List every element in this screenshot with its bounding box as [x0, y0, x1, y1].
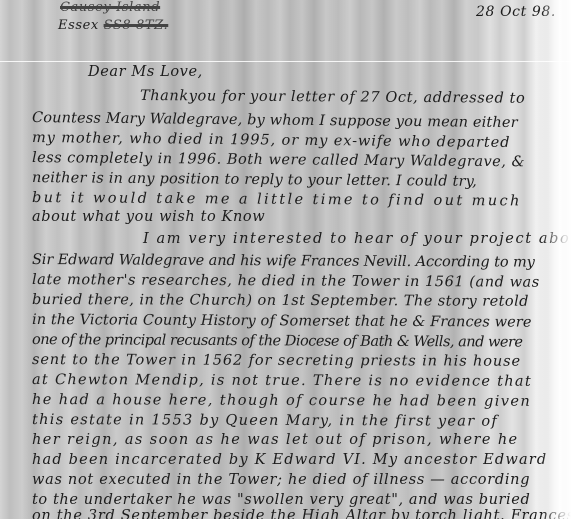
body-line: Sir Edward Waldegrave and his wife Franc…	[32, 252, 535, 271]
body-line: about what you wish to Know	[32, 209, 265, 225]
struck-address: Causey Island	[60, 0, 160, 15]
body-line: less completely in 1996. Both were calle…	[32, 150, 525, 170]
body-line: her reign, as soon as he was let out of …	[32, 432, 519, 448]
body-line: Countess Mary Waldegrave, by whom I supp…	[32, 110, 518, 131]
body-line: my mother, who died in 1995, or my ex-wi…	[32, 130, 511, 151]
body-line: he had a house here, though of course he…	[32, 392, 531, 410]
body-line: but it would take me a little time to fi…	[32, 190, 522, 209]
body-line: had been incarcerated by K Edward VI. My…	[32, 452, 547, 468]
body-line: on the 3rd September beside the High Alt…	[32, 508, 571, 519]
address-county: Essex	[58, 18, 99, 33]
paper-fold-line	[0, 61, 571, 62]
struck-postcode: SS8 8TZ.	[104, 18, 169, 33]
body-line: was not executed in the Tower; he died o…	[32, 472, 530, 488]
salutation: Dear Ms Love,	[88, 64, 203, 80]
body-line: this estate in 1553 by Queen Mary, in th…	[32, 412, 498, 430]
body-line: at Chewton Mendip, is not true. There is…	[32, 372, 532, 390]
body-line: sent to the Tower in 1562 for secreting …	[32, 352, 521, 370]
body-line: in the Victoria County History of Somers…	[32, 312, 532, 331]
scanned-letter-page: Causey Island Essex SS8 8TZ. 28 Oct 98. …	[0, 0, 571, 519]
body-line: I am very interested to hear of your pro…	[143, 231, 571, 247]
address-line-2: Essex SS8 8TZ.	[58, 18, 168, 33]
body-line: Thankyou for your letter of 27 Oct, addr…	[140, 88, 525, 107]
body-line: to the undertaker he was "swollen very g…	[32, 492, 530, 508]
body-line: neither is in any position to reply to y…	[32, 170, 477, 190]
scan-margin-edge	[541, 0, 571, 519]
body-line: buried there, in the Church) on 1st Sept…	[32, 292, 529, 310]
address-line-1: Causey Island	[60, 0, 160, 15]
body-line: one of the principal recusants of the Di…	[32, 332, 523, 351]
body-line: late mother's researches, he died in the…	[32, 272, 540, 291]
